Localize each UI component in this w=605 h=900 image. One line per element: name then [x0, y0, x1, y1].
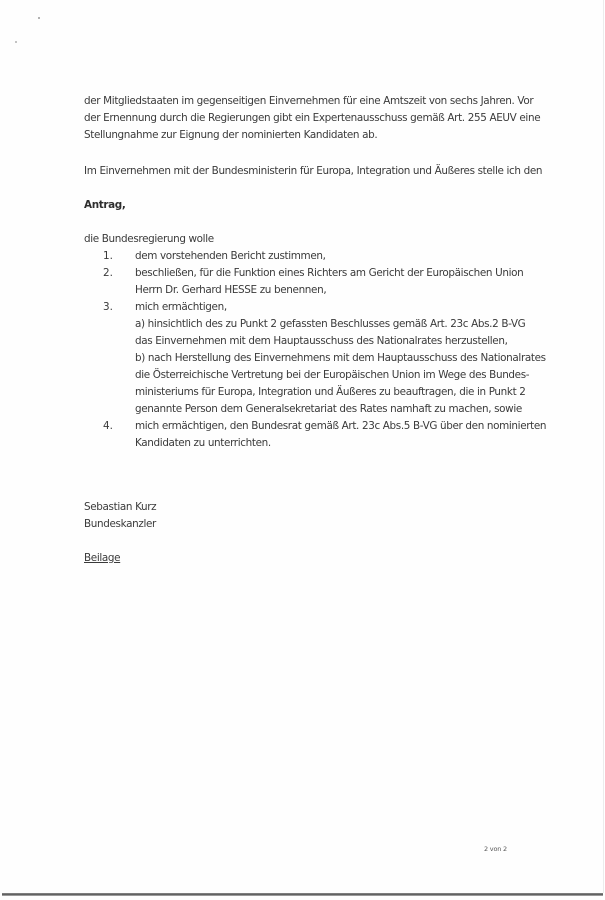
list-item-continuation: die Österreichische Vertretung bei der E…	[135, 367, 529, 384]
list-number: 4.	[103, 418, 113, 435]
page-bottom-edge	[2, 893, 603, 896]
list-item-continuation: Herrn Dr. Gerhard HESSE zu benennen,	[135, 282, 326, 299]
list-item: mich ermächtigen,	[135, 299, 227, 316]
page-number: 2 von 2	[484, 845, 507, 853]
signatory-title: Bundeskanzler	[84, 516, 156, 533]
list-number: 1.	[103, 248, 113, 265]
motion-intro: die Bundesregierung wolle	[84, 231, 214, 248]
list-item: mich ermächtigen, den Bundesrat gemäß Ar…	[135, 418, 546, 435]
paragraph-appointment-procedure: der Mitgliedstaaten im gegenseitigen Ein…	[84, 93, 540, 144]
attachment-link[interactable]: Beilage	[84, 550, 120, 567]
list-subitem-a: a) hinsichtlich des zu Punkt 2 gefassten…	[135, 316, 525, 333]
scan-speck	[15, 41, 17, 43]
scan-speck	[38, 17, 40, 19]
list-item: dem vorstehenden Bericht zustimmen,	[135, 248, 326, 265]
list-item-continuation: das Einvernehmen mit dem Hauptausschuss …	[135, 333, 508, 350]
list-number: 3.	[103, 299, 113, 316]
list-item-continuation: genannte Person dem Generalsekretariat d…	[135, 401, 522, 418]
list-item-continuation: Kandidaten zu unterrichten.	[135, 435, 271, 452]
list-subitem-b: b) nach Herstellung des Einvernehmens mi…	[135, 350, 546, 367]
paragraph-line: der Ernennung durch die Regierungen gibt…	[84, 110, 540, 127]
signatory-name: Sebastian Kurz	[84, 499, 156, 516]
list-item: beschließen, für die Funktion eines Rich…	[135, 265, 523, 282]
document-page: der Mitgliedstaaten im gegenseitigen Ein…	[0, 0, 604, 893]
paragraph-line: der Mitgliedstaaten im gegenseitigen Ein…	[84, 93, 540, 110]
motion-heading: Antrag,	[84, 197, 125, 214]
list-number: 2.	[103, 265, 113, 282]
paragraph-line: Stellungnahme zur Eignung der nominierte…	[84, 127, 540, 144]
paragraph-agreement: Im Einvernehmen mit der Bundesministerin…	[84, 163, 542, 180]
list-item-continuation: ministeriums für Europa, Integration und…	[135, 384, 526, 401]
